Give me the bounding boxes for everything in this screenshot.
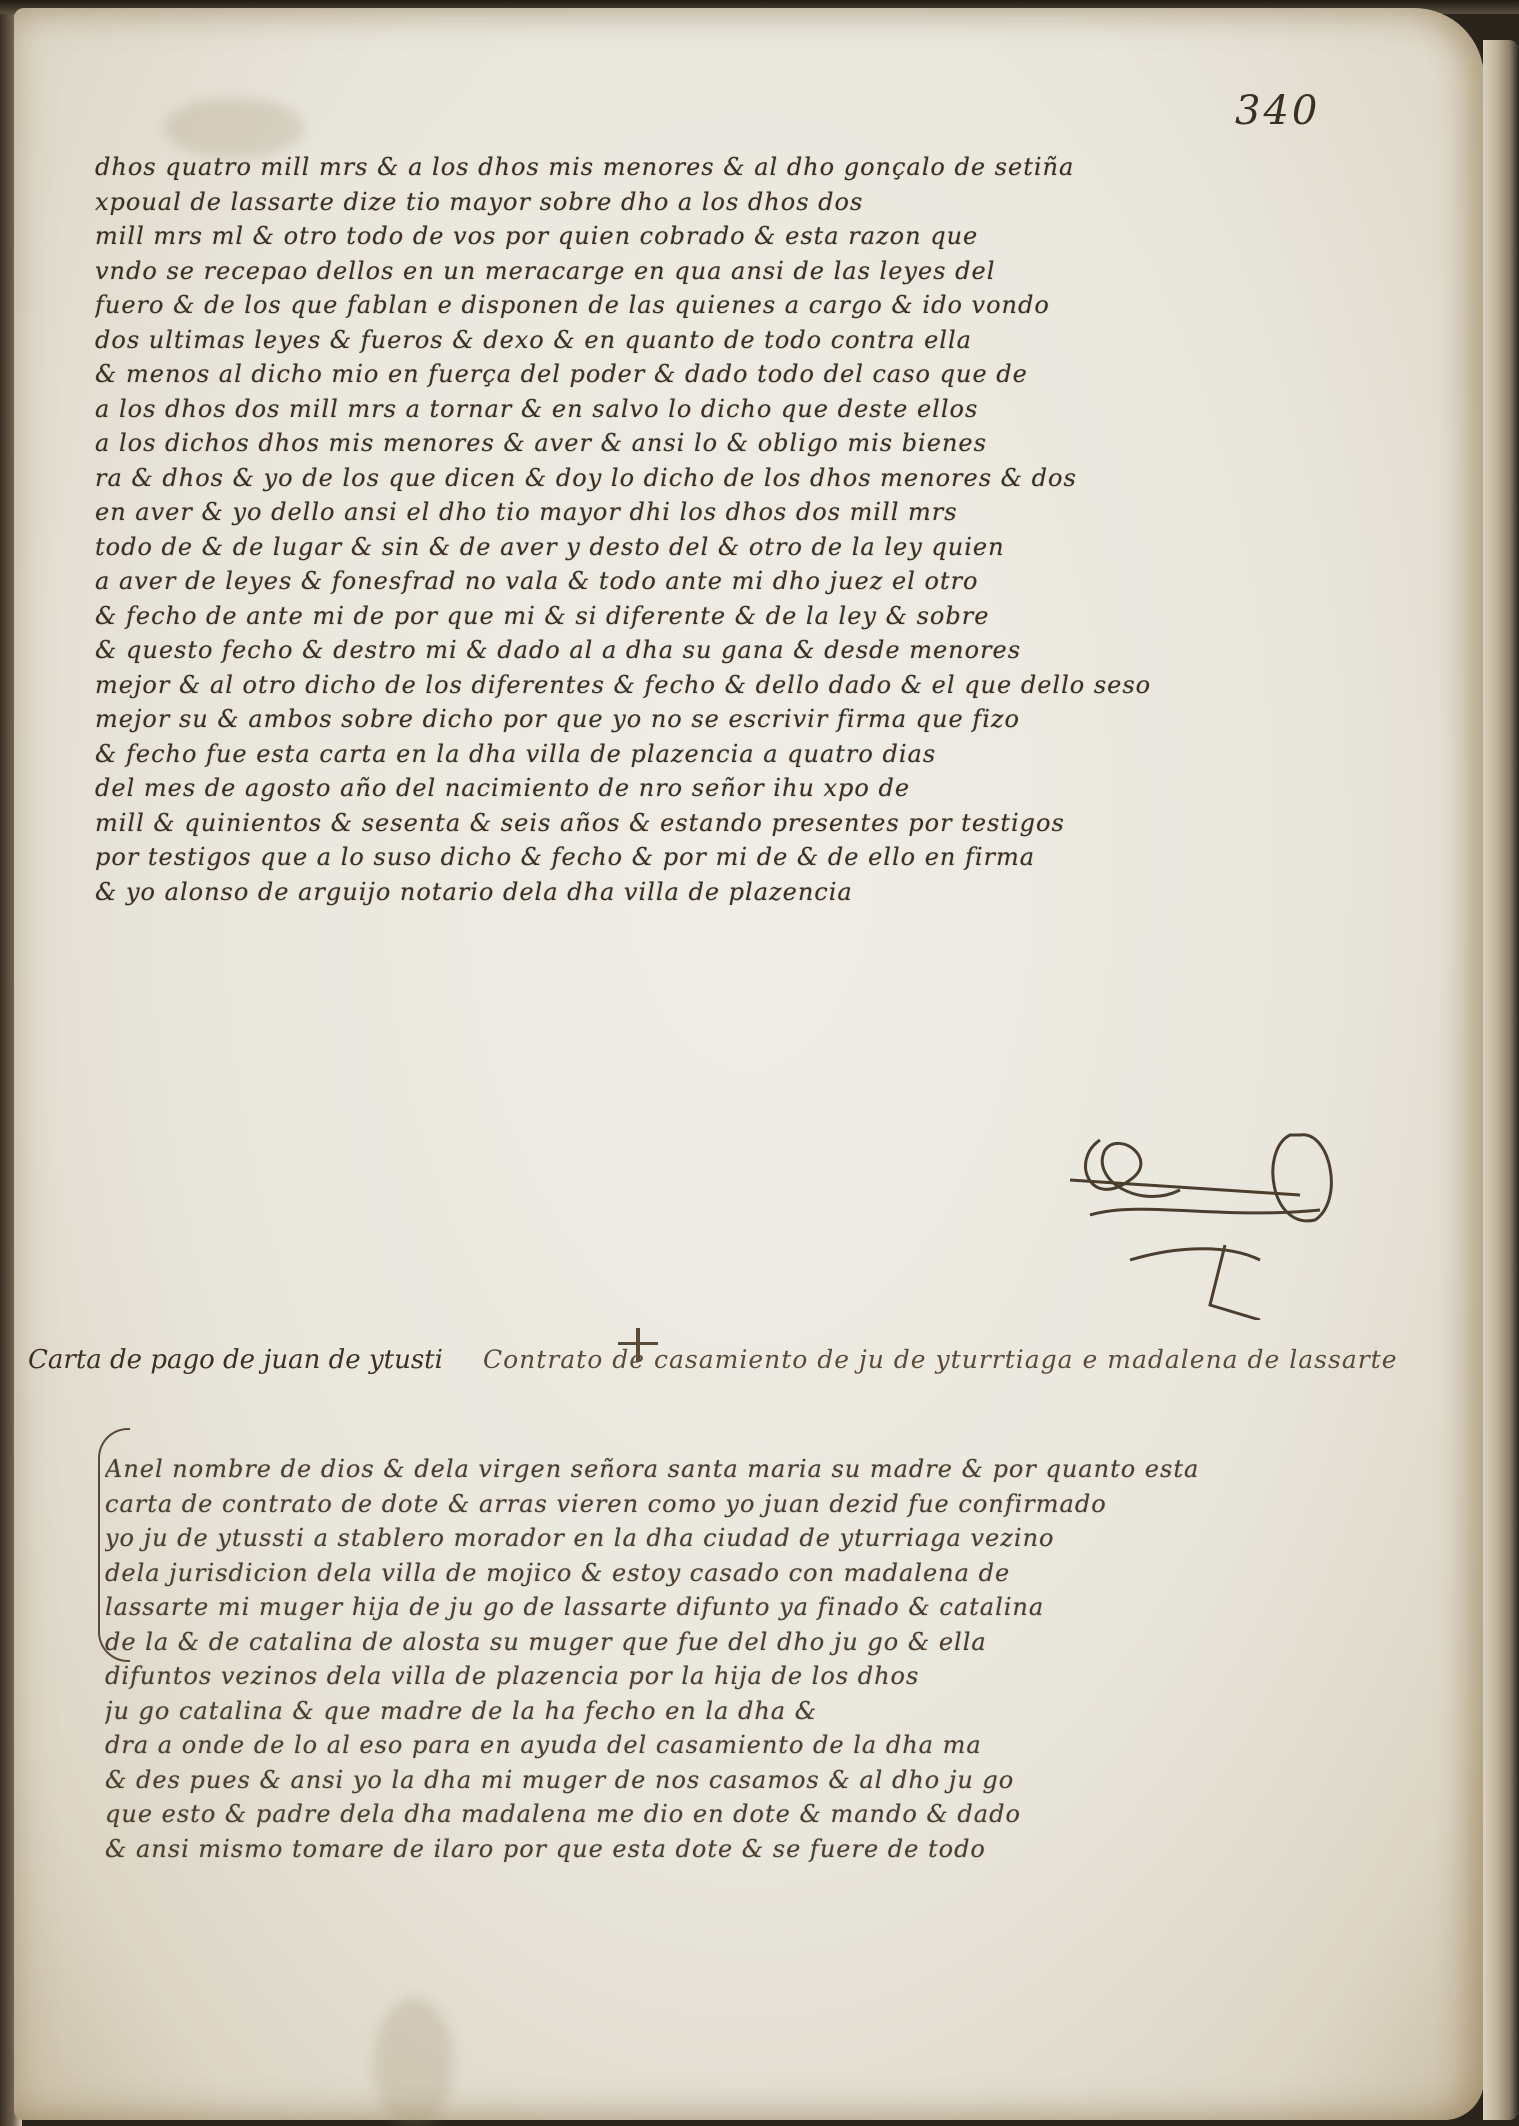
manuscript-line: mejor & al otro dicho de los diferentes … xyxy=(95,668,1415,703)
manuscript-line: vndo se recepao dellos en un meracarge e… xyxy=(95,254,1415,289)
manuscript-line: de la & de catalina de alosta su muger q… xyxy=(105,1625,1425,1660)
upper-text-block: dhos quatro mill mrs & a los dhos mis me… xyxy=(95,150,1415,909)
notary-signature: alonso de arguijo xyxy=(1060,1120,1360,1320)
manuscript-line: dela jurisdicion dela villa de mojico & … xyxy=(105,1556,1425,1591)
folio-number: 340 xyxy=(1235,88,1320,134)
manuscript-line: & menos al dicho mio en fuerça del poder… xyxy=(95,357,1415,392)
contract-title: Contrato de casamiento de ju de yturrtia… xyxy=(483,1345,1398,1374)
page-edge-right xyxy=(1483,40,1519,2120)
manuscript-line: ju go catalina & que madre de la ha fech… xyxy=(105,1694,1425,1729)
manuscript-line: a los dichos dhos mis menores & aver & a… xyxy=(95,426,1415,461)
manuscript-line: dra a onde de lo al eso para en ayuda de… xyxy=(105,1728,1425,1763)
manuscript-line: ra & dhos & yo de los que dicen & doy lo… xyxy=(95,461,1415,496)
manuscript-line: & ansi mismo tomare de ilaro por que est… xyxy=(105,1832,1425,1867)
manuscript-line: a aver de leyes & fonesfrad no vala & to… xyxy=(95,564,1415,599)
manuscript-line: & questo fecho & destro mi & dado al a d… xyxy=(95,633,1415,668)
manuscript-line: por testigos que a lo suso dicho & fecho… xyxy=(95,840,1415,875)
manuscript-line: yo ju de ytussti a stablero morador en l… xyxy=(105,1521,1425,1556)
manuscript-line: xpoual de lassarte dize tio mayor sobre … xyxy=(95,185,1415,220)
margin-heading: Carta de pago de juan de ytusti xyxy=(28,1345,443,1375)
manuscript-line: lassarte mi muger hija de ju go de lassa… xyxy=(105,1590,1425,1625)
manuscript-line: en aver & yo dello ansi el dho tio mayor… xyxy=(95,495,1415,530)
manuscript-line: dos ultimas leyes & fueros & dexo & en q… xyxy=(95,323,1415,358)
manuscript-line: mill mrs ml & otro todo de vos por quien… xyxy=(95,219,1415,254)
manuscript-line: todo de & de lugar & sin & de aver y des… xyxy=(95,530,1415,565)
lower-text-block: Anel nombre de dios & dela virgen señora… xyxy=(105,1452,1425,1866)
manuscript-line: & des pues & ansi yo la dha mi muger de … xyxy=(105,1763,1425,1798)
manuscript-line: & fecho fue esta carta en la dha villa d… xyxy=(95,737,1415,772)
manuscript-line: dhos quatro mill mrs & a los dhos mis me… xyxy=(95,150,1415,185)
manuscript-line: mejor su & ambos sobre dicho por que yo … xyxy=(95,702,1415,737)
manuscript-line: que esto & padre dela dha madalena me di… xyxy=(105,1797,1425,1832)
manuscript-line: a los dhos dos mill mrs a tornar & en sa… xyxy=(95,392,1415,427)
manuscript-line: fuero & de los que fablan e disponen de … xyxy=(95,288,1415,323)
manuscript-line: mill & quinientos & sesenta & seis años … xyxy=(95,806,1415,841)
manuscript-line: carta de contrato de dote & arras vieren… xyxy=(105,1487,1425,1522)
water-stain xyxy=(374,1998,454,2126)
manuscript-line: Anel nombre de dios & dela virgen señora… xyxy=(105,1452,1425,1487)
manuscript-line: del mes de agosto año del nacimiento de … xyxy=(95,771,1415,806)
section-heading: Carta de pago de juan de ytusti Contrato… xyxy=(28,1345,1468,1395)
ink-stain xyxy=(164,98,304,158)
manuscript-line: & yo alonso de arguijo notario dela dha … xyxy=(95,875,1415,910)
manuscript-line: difuntos vezinos dela villa de plazencia… xyxy=(105,1659,1425,1694)
manuscript-line: & fecho de ante mi de por que mi & si di… xyxy=(95,599,1415,634)
